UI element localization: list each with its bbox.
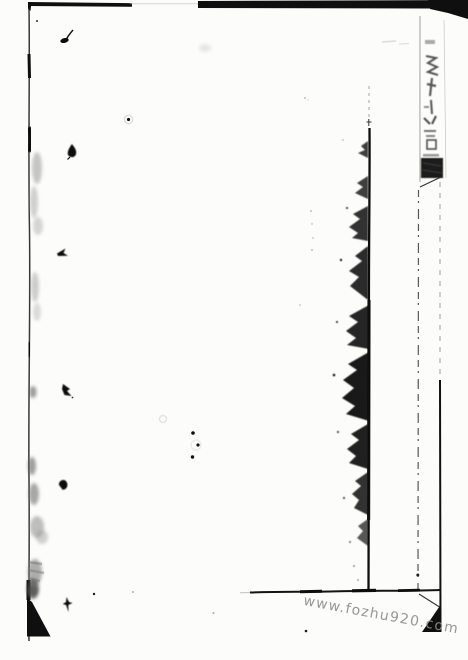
scanned-genealogy-page: www.fozhu920.com bbox=[0, 0, 468, 660]
spine-label-glyph bbox=[427, 78, 436, 96]
outer-edge-line-bottom bbox=[440, 380, 441, 632]
right-page-edge-lines bbox=[416, 182, 440, 632]
spine-label-glyph bbox=[431, 100, 432, 114]
cursor-blot bbox=[62, 384, 73, 398]
hook-mark bbox=[60, 30, 73, 44]
spine-label-glyph bbox=[421, 158, 443, 178]
arrow-blot bbox=[57, 249, 68, 257]
ink-layer bbox=[0, 0, 468, 660]
dagger-blot bbox=[63, 597, 73, 612]
spine-label-glyph bbox=[427, 140, 436, 149]
spine-label-glyph bbox=[426, 56, 438, 75]
left-edge-ink-line bbox=[29, 8, 31, 641]
stray-marks bbox=[57, 30, 76, 612]
dust-dots bbox=[36, 20, 344, 632]
spine-label bbox=[382, 16, 446, 187]
top-border bbox=[28, 0, 468, 19]
comma-blot bbox=[58, 479, 70, 491]
spine-label-glyph bbox=[424, 116, 436, 124]
spade-blot bbox=[68, 144, 77, 160]
dashed-edge-line bbox=[418, 190, 419, 590]
right-fold-blotches bbox=[333, 141, 369, 581]
spine-label-glyph bbox=[425, 40, 435, 44]
left-margin-smudges bbox=[28, 152, 48, 599]
